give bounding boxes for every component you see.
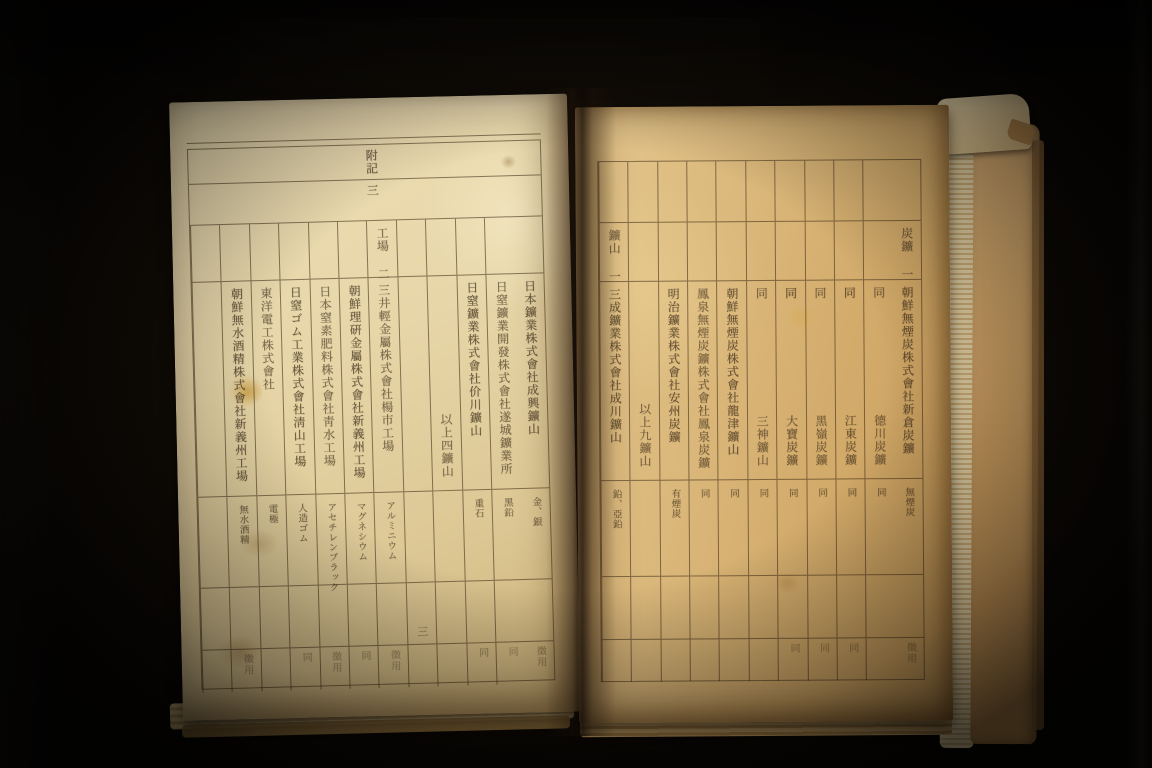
right-page: 炭鑛 一 朝鮮無煙炭株式會社新倉炭鑛 無煙炭 徵用 同 德川炭鑛 同 <box>575 105 953 724</box>
top-spacer-cell <box>775 161 804 222</box>
company-name: 三井輕金屬株式會社楊市工場 <box>377 284 394 453</box>
blank-row-cell <box>749 576 778 639</box>
section-header-cell <box>309 222 339 280</box>
requisition-mark: 同 <box>359 650 369 661</box>
mine-site-name: 三神鑛山 <box>756 415 768 467</box>
requisition-mark: 徵用 <box>241 653 252 675</box>
operator-name-cell: 明治鑛業株式會社安州炭鑛 <box>659 282 689 481</box>
top-spacer-cell <box>805 161 834 222</box>
table-column: 同 三神鑛山 同 <box>745 161 778 681</box>
section-header-cell <box>658 223 687 282</box>
company-name: 同 <box>873 286 885 299</box>
section-header-cell <box>513 216 543 274</box>
photo-of-open-book: 附記 三 日本鑛業株式會社成興鑛山 金、銀 徵用 <box>0 0 1152 768</box>
operator-name-cell: 同 黑嶺炭鑛 <box>806 281 836 480</box>
product-name: 同 <box>816 488 826 498</box>
product-name: 電極 <box>267 504 277 524</box>
product-name: 金、銀 <box>530 497 540 527</box>
table-column: 同 大寶炭鑛 同 同 <box>774 161 807 681</box>
section-header-cell <box>191 225 221 283</box>
requisition-mark: 同 <box>300 652 310 663</box>
section-header-label: 工場 二 <box>376 227 389 281</box>
mine-site-name: 德川炭鑛 <box>873 414 885 466</box>
requisition-mark-cell <box>261 648 291 691</box>
product-cell: 有煙炭 <box>660 481 689 577</box>
section-header-cell <box>688 222 717 281</box>
product-name: アルミニウム <box>384 501 395 561</box>
operator-name-cell: 以上九鑛山 <box>629 282 659 481</box>
requisition-mark-cell <box>202 650 232 693</box>
operator-name-cell: 鳳泉無煙炭鑛株式會社鳳泉炭鑛 <box>688 281 718 480</box>
company-name: 同 <box>843 286 855 299</box>
requisition-mark-cell: 同 <box>779 639 808 681</box>
operator-name-cell: 東洋電工株式會社 <box>251 281 285 497</box>
requisition-mark-cell <box>632 640 661 682</box>
blank-row-cell: 三 <box>407 582 437 645</box>
requisition-mark-cell: 徵用 <box>895 638 924 680</box>
top-spacer-cell <box>892 160 921 221</box>
operator-name-cell: 日窒鑛業株式會社价川鑛山 <box>457 275 491 491</box>
requisition-mark: 徵用 <box>329 651 340 673</box>
operator-name-cell <box>398 277 432 493</box>
right-page-table: 炭鑛 一 朝鮮無煙炭株式會社新倉炭鑛 無煙炭 徵用 同 德川炭鑛 同 <box>597 159 925 682</box>
operator-name-cell <box>192 282 226 498</box>
blank-row-cell <box>720 576 749 639</box>
product-cell: 同 <box>778 480 807 576</box>
product-cell: 同 <box>836 479 865 575</box>
company-name: 鳳泉無煙炭鑛株式會社鳳泉炭鑛 <box>696 287 709 469</box>
section-header-cell <box>220 224 250 282</box>
top-spacer-cell <box>864 160 893 221</box>
mine-site-name: 大寶炭鑛 <box>785 415 797 467</box>
product-name: 同 <box>846 487 856 497</box>
company-name: 日窒鑛業開發株式會社遂城鑛業所 <box>495 280 512 475</box>
section-header-cell <box>835 221 864 280</box>
company-name: 日本窒素肥料株式會社靑水工場 <box>318 285 335 467</box>
product-name: 無水酒精 <box>237 504 248 544</box>
product-name: 同 <box>875 487 885 497</box>
table-column: 明治鑛業株式會社安州炭鑛 有煙炭 <box>657 162 690 682</box>
section-header-cell <box>629 223 658 282</box>
table-column: 鳳泉無煙炭鑛株式會社鳳泉炭鑛 同 <box>686 161 719 681</box>
table-column: 朝鮮無煙炭株式會社龍津鑛山 同 <box>716 161 749 681</box>
operator-name-cell: 三井輕金屬株式會社楊市工場 <box>369 277 403 493</box>
operator-name-cell: 日窒ゴム工業株式會社淸山工場 <box>281 280 315 496</box>
mine-site-name: 黑嶺炭鑛 <box>815 415 827 467</box>
requisition-mark: 同 <box>817 643 827 654</box>
product-cell: 同 <box>748 480 777 576</box>
company-name: 日窒鑛業株式會社价川鑛山 <box>466 281 482 437</box>
company-name: 明治鑛業株式會社安州炭鑛 <box>667 288 680 444</box>
top-spacer-cell <box>658 162 687 223</box>
blank-row-cell <box>289 586 319 649</box>
section-header-cell <box>397 220 427 278</box>
blank-row-cell <box>837 575 866 638</box>
blank-row-cell <box>808 576 837 639</box>
blank-row-cell <box>201 588 231 651</box>
product-name: 同 <box>699 488 709 498</box>
blank-row-cell <box>661 577 690 640</box>
mine-site-name: 江東炭鑛 <box>844 414 856 466</box>
company-name: 朝鮮無煙炭株式會社龍津鑛山 <box>726 287 739 456</box>
company-name: 同 <box>784 287 796 300</box>
product-name: 黑鉛 <box>502 497 512 517</box>
section-header-cell <box>805 222 834 281</box>
product-cell: 同 <box>690 480 719 576</box>
section-header-cell <box>279 223 309 281</box>
requisition-mark-cell: 徵用 <box>232 649 262 692</box>
requisition-mark-cell: 同 <box>808 638 837 680</box>
requisition-mark-cell: 同 <box>291 648 321 691</box>
product-cell: 無水酒精 <box>228 496 259 588</box>
requisition-mark: 徵用 <box>904 642 914 664</box>
protruding-back-page <box>970 124 1039 744</box>
operator-name-cell: 同 德川炭鑛 <box>864 280 894 479</box>
open-book: 附記 三 日本鑛業株式會社成興鑛山 金、銀 徵用 <box>0 0 1152 768</box>
left-page: 附記 三 日本鑛業株式會社成興鑛山 金、銀 徵用 <box>169 94 581 721</box>
requisition-mark-cell <box>438 644 468 687</box>
product-cell: 同 <box>807 480 836 576</box>
section-header-cell <box>250 224 280 282</box>
product-cell <box>198 497 229 589</box>
product-cell: 人造ゴム <box>287 495 318 587</box>
mine-site-name: 以上九鑛山 <box>638 403 650 468</box>
top-spacer-cell <box>687 161 716 222</box>
product-name: 同 <box>787 488 797 498</box>
product-cell: 同 <box>719 480 748 576</box>
requisition-mark-cell: 徵用 <box>320 647 350 690</box>
requisition-mark: 同 <box>506 646 516 657</box>
top-spacer-cell <box>629 162 658 223</box>
operator-name-cell: 同 江東炭鑛 <box>835 280 865 479</box>
product-name: 人造ゴム <box>296 503 307 543</box>
table-column: 以上九鑛山 <box>628 162 661 682</box>
blank-row-cell <box>318 585 348 648</box>
operator-name-cell: 以上四鑛山 <box>428 276 462 492</box>
product-cell: 重石 <box>463 490 494 582</box>
blank-row-cell <box>436 582 466 645</box>
operator-name-cell: 日窒鑛業開發株式會社遂城鑛業所 <box>487 274 521 490</box>
section-header-cell <box>338 221 368 279</box>
requisition-mark-cell: 徵用 <box>379 645 409 688</box>
requisition-mark-cell <box>661 640 690 682</box>
requisition-mark-cell: 同 <box>497 642 527 685</box>
requisition-mark-cell: 同 <box>349 646 379 689</box>
right-table-columns: 炭鑛 一 朝鮮無煙炭株式會社新倉炭鑛 無煙炭 徵用 同 德川炭鑛 同 <box>598 160 924 682</box>
operator-name-cell: 同 三神鑛山 <box>747 281 777 480</box>
requisition-mark: 徵用 <box>388 649 399 671</box>
top-spacer-cell <box>834 160 863 221</box>
company-name: 日本鑛業株式會社成興鑛山 <box>523 280 539 436</box>
top-spacer-cell <box>746 161 775 222</box>
operator-name-cell: 同 大寶炭鑛 <box>776 281 806 480</box>
table-column: 同 黑嶺炭鑛 同 同 <box>804 161 837 681</box>
blank-row-cell <box>866 575 895 638</box>
requisition-mark-cell <box>408 644 438 687</box>
section-header-cell <box>717 222 746 281</box>
company-name: 朝鮮無水酒精株式會社新義州工場 <box>230 288 247 483</box>
blank-row-cell <box>690 576 719 639</box>
requisition-mark-cell <box>720 639 749 681</box>
mine-site-name: 以上四鑛山 <box>440 413 454 478</box>
company-name: 同 <box>755 287 767 300</box>
table-column: 炭鑛 一 朝鮮無煙炭株式會社新倉炭鑛 無煙炭 徵用 <box>892 160 924 680</box>
requisition-mark-cell: 同 <box>467 643 497 686</box>
product-name: アセチレンブラック <box>326 502 338 592</box>
section-header-cell: 工場 二 <box>367 220 397 278</box>
top-spacer-cell <box>717 161 746 222</box>
blank-row-cell <box>632 577 661 640</box>
company-name: 日窒ゴム工業株式會社淸山工場 <box>289 286 306 468</box>
blank-row-cell <box>495 580 525 643</box>
section-header-cell <box>456 218 486 276</box>
product-cell: 同 <box>866 479 895 575</box>
book-gutter-shadow <box>546 88 616 736</box>
blank-row-cell <box>778 576 807 639</box>
company-name: 朝鮮理硏金屬株式會社新義州工場 <box>348 284 365 479</box>
table-column: 同 江東炭鑛 同 同 <box>833 160 866 680</box>
blank-row-cell <box>465 581 495 644</box>
section-header-cell <box>776 222 805 281</box>
operator-name-cell: 朝鮮無煙炭株式會社新倉炭鑛 <box>893 280 923 479</box>
blank-row-cell <box>230 587 260 650</box>
section-header-cell <box>747 222 776 281</box>
requisition-mark: 同 <box>476 647 486 658</box>
blank-row-cell <box>260 586 290 649</box>
operator-name-cell: 朝鮮理硏金屬株式會社新義州工場 <box>340 278 374 494</box>
left-table-columns: 日本鑛業株式會社成興鑛山 金、銀 徵用 日窒鑛業開發株式會社遂城鑛業所 黑鉛 同 <box>190 216 555 692</box>
section-header-cell: 炭鑛 一 <box>892 221 921 280</box>
section-number-text: 三 <box>366 184 378 197</box>
section-header-label: 炭鑛 一 <box>901 227 913 281</box>
blank-row-cell <box>895 575 924 638</box>
product-cell: 黑鉛 <box>492 489 523 581</box>
requisition-mark: 徵用 <box>534 645 545 667</box>
requisition-mark-cell <box>749 639 778 681</box>
product-cell: アセチレンブラック <box>316 494 347 586</box>
operator-name-cell: 日本窒素肥料株式會社靑水工場 <box>310 279 344 495</box>
product-cell <box>434 491 465 583</box>
section-header-cell <box>485 217 515 275</box>
company-name: 東洋電工株式會社 <box>260 287 275 391</box>
section-header-cell <box>426 219 456 277</box>
requisition-mark: 同 <box>847 642 857 653</box>
note-text: 附記 <box>365 149 378 175</box>
product-name: 重石 <box>473 498 483 518</box>
operator-name-cell: 朝鮮無煙炭株式會社龍津鑛山 <box>718 281 748 480</box>
company-name: 朝鮮無煙炭株式會社新倉炭鑛 <box>901 286 914 455</box>
requisition-mark: 同 <box>788 643 798 654</box>
product-cell: 電極 <box>257 495 288 587</box>
requisition-mark-cell: 同 <box>837 638 866 680</box>
table-column: 同 德川炭鑛 同 <box>863 160 896 680</box>
product-name: 無煙炭 <box>904 487 914 517</box>
product-name: 同 <box>758 488 768 498</box>
requisition-mark-cell <box>691 639 720 681</box>
blank-row-cell <box>377 583 407 646</box>
page-number: 三 <box>416 626 427 638</box>
product-cell <box>631 481 660 577</box>
company-name: 同 <box>814 287 826 300</box>
left-page-table: 附記 三 日本鑛業株式會社成興鑛山 金、銀 徵用 <box>187 139 556 689</box>
section-header-cell <box>864 221 893 280</box>
operator-name-cell: 朝鮮無水酒精株式會社新義州工場 <box>222 281 256 497</box>
product-name: 同 <box>728 488 738 498</box>
product-cell: マグネシウム <box>345 493 376 585</box>
product-cell <box>404 491 435 583</box>
operator-name-cell: 日本鑛業株式會社成興鑛山 <box>515 273 549 489</box>
product-cell: 無煙炭 <box>894 479 923 575</box>
back-page-shadow-edge <box>1032 140 1044 730</box>
product-name: 有煙炭 <box>670 489 680 519</box>
product-name: マグネシウム <box>355 501 366 561</box>
blank-row-cell <box>348 584 378 647</box>
requisition-mark-cell <box>867 638 896 680</box>
product-cell: アルミニウム <box>375 492 406 584</box>
